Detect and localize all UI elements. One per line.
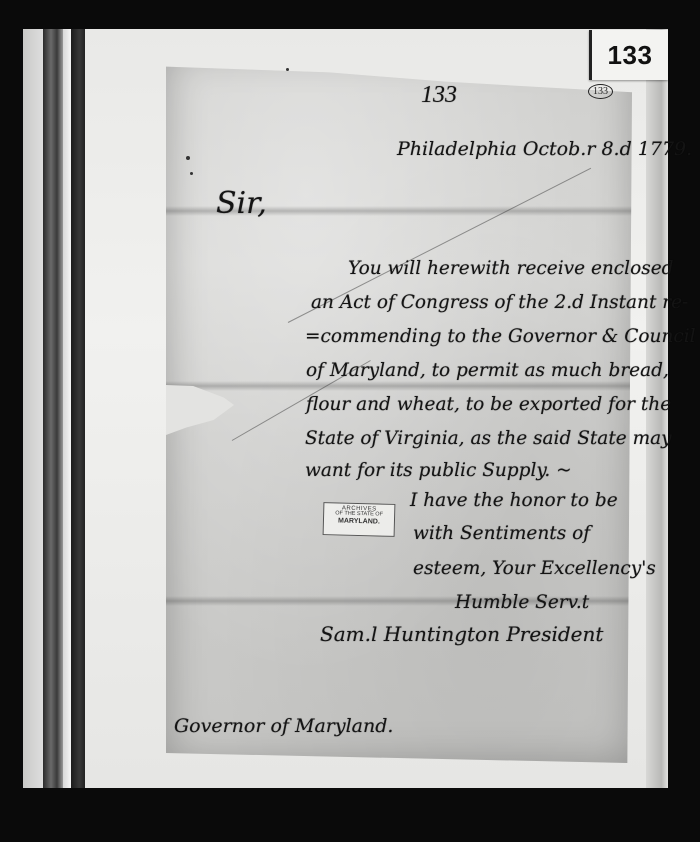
ink-speck bbox=[186, 156, 190, 160]
closing-line: I have the honor to be bbox=[410, 490, 618, 511]
body-line: of Maryland, to permit as much bread, bbox=[306, 360, 669, 381]
body-line: want for its public Supply. ~ bbox=[305, 460, 572, 481]
closing-line: with Sentiments of bbox=[413, 523, 590, 544]
folio-number: 133 bbox=[421, 82, 457, 109]
stamp-line: MARYLAND. bbox=[324, 517, 394, 526]
binding-strip-dark bbox=[71, 29, 85, 788]
signature: Sam.l Huntington President bbox=[320, 622, 603, 646]
closing-line: Humble Serv.t bbox=[455, 592, 589, 613]
closing-line: esteem, Your Excellency's bbox=[413, 558, 656, 579]
binding-gap bbox=[63, 29, 71, 788]
body-line: flour and wheat, to be exported for the bbox=[306, 394, 671, 415]
body-line: =commending to the Governor & Council bbox=[305, 326, 696, 347]
page-number-tag: 133 bbox=[589, 30, 668, 80]
addressee: Governor of Maryland. bbox=[174, 715, 393, 737]
body-line: an Act of Congress of the 2.d Instant re… bbox=[311, 292, 688, 313]
ink-speck bbox=[286, 68, 289, 71]
archives-stamp: ARCHIVES OF THE STATE OF MARYLAND. bbox=[323, 502, 396, 537]
binding-strip bbox=[43, 29, 63, 788]
mount-left-edge bbox=[23, 29, 43, 788]
body-line: You will herewith receive enclosed bbox=[348, 258, 674, 279]
folio-number-circled: 133 bbox=[588, 84, 613, 99]
body-line: State of Virginia, as the said State may bbox=[305, 428, 672, 449]
fold-crease bbox=[166, 381, 632, 391]
ink-speck bbox=[190, 172, 193, 175]
dateline: Philadelphia Octob.r 8.d 1779. bbox=[397, 138, 692, 160]
salutation: Sir, bbox=[216, 186, 267, 221]
